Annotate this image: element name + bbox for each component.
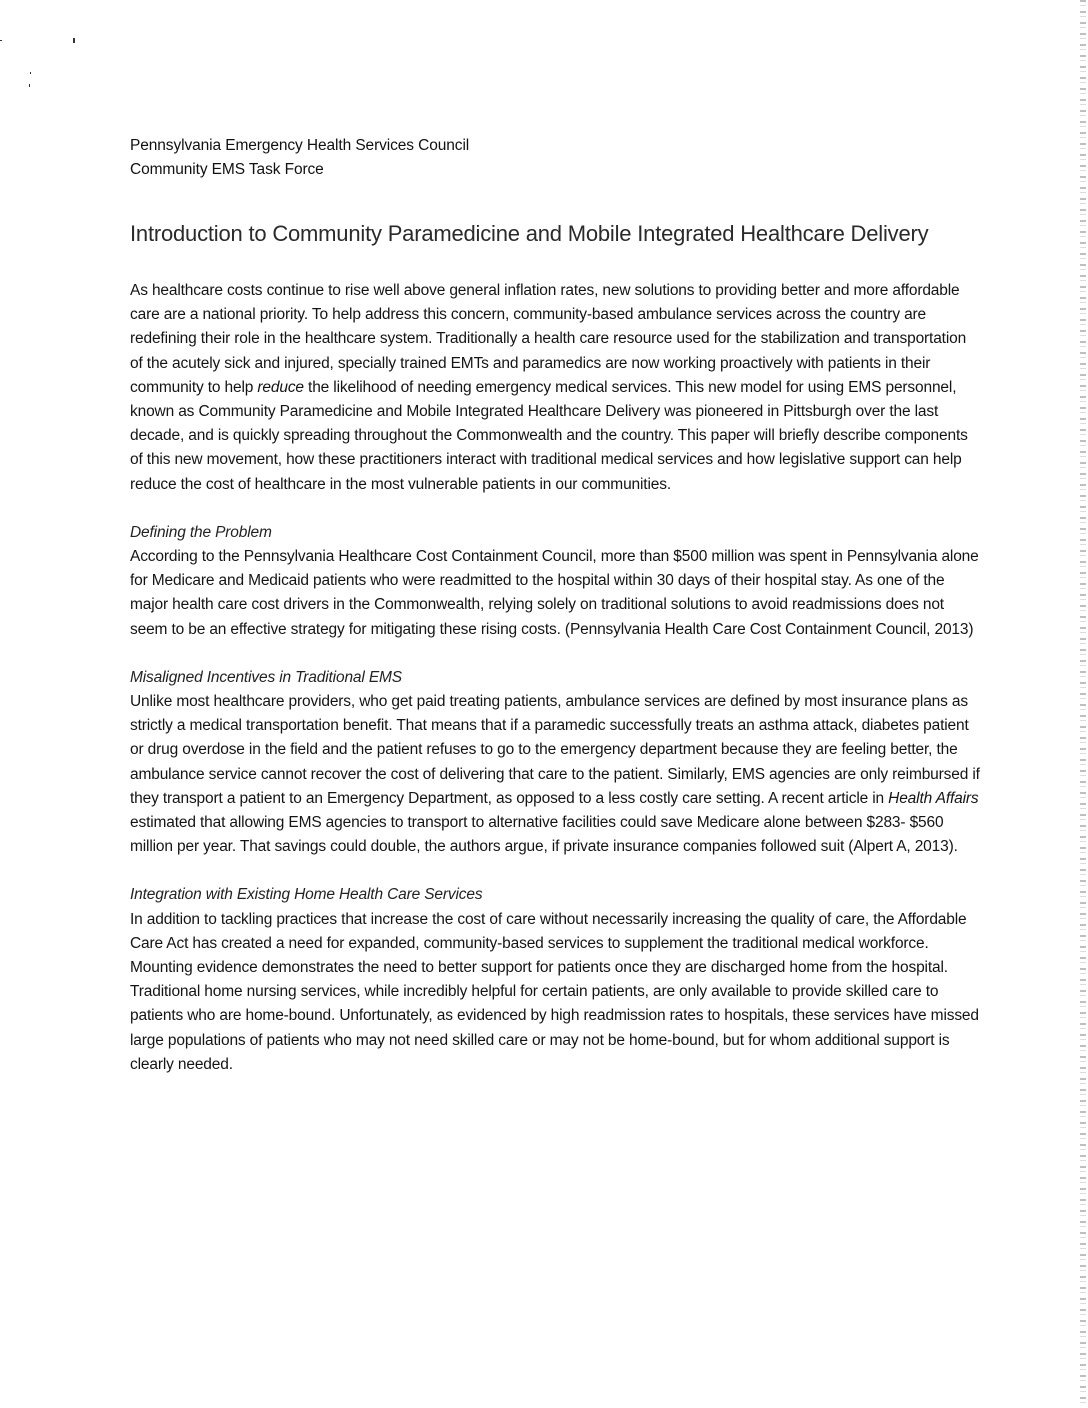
journal-name: Health Affairs [888, 790, 978, 807]
scan-speck [30, 72, 31, 74]
section-body: In addition to tackling practices that i… [130, 908, 980, 1077]
section-body-text-1: Unlike most healthcare providers, who ge… [130, 693, 980, 807]
document-title: Introduction to Community Paramedicine a… [130, 219, 980, 249]
task-force-name: Community EMS Task Force [130, 158, 980, 182]
section-body: According to the Pennsylvania Healthcare… [130, 545, 980, 642]
section-heading: Integration with Existing Home Health Ca… [130, 883, 980, 907]
document-body: Pennsylvania Emergency Health Services C… [130, 134, 980, 1077]
scan-speck [73, 38, 75, 43]
section-body-text-2: estimated that allowing EMS agencies to … [130, 814, 958, 855]
scanned-page: Pennsylvania Emergency Health Services C… [0, 0, 1088, 1408]
scan-edge-artifact [1080, 0, 1086, 1408]
organization-name: Pennsylvania Emergency Health Services C… [130, 134, 980, 158]
section-heading: Misaligned Incentives in Traditional EMS [130, 666, 980, 690]
section-body: Unlike most healthcare providers, who ge… [130, 690, 980, 859]
scan-speck [0, 40, 2, 41]
intro-paragraph: As healthcare costs continue to rise wel… [130, 279, 980, 497]
section-integration-home-health: Integration with Existing Home Health Ca… [130, 883, 980, 1077]
scan-speck [29, 84, 30, 87]
section-heading: Defining the Problem [130, 521, 980, 545]
section-misaligned-incentives: Misaligned Incentives in Traditional EMS… [130, 666, 980, 860]
section-defining-the-problem: Defining the Problem According to the Pe… [130, 521, 980, 642]
intro-emphasis: reduce [257, 379, 304, 396]
